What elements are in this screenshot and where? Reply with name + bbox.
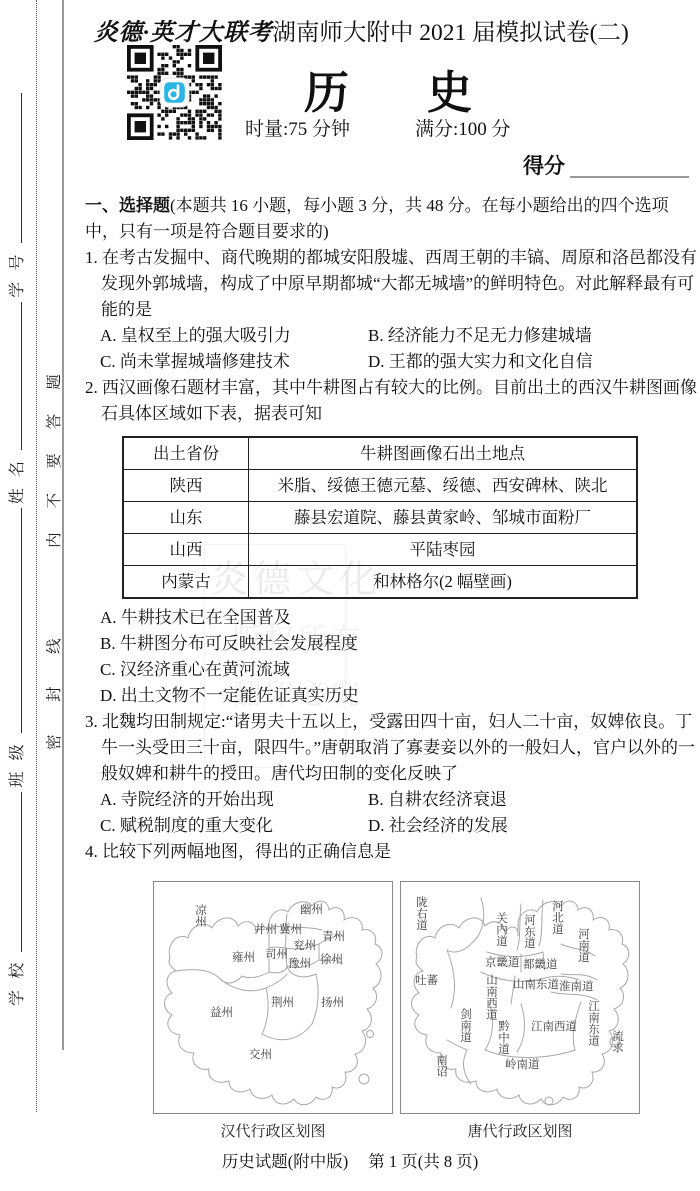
map-region-label: 司州 — [265, 948, 288, 961]
table-row: 山西 平陆枣园 — [123, 534, 637, 566]
question-2-options: A. 牛耕技术已在全国普及 B. 牛耕图分布可反映社会发展程度 C. 汉经济重心… — [85, 605, 697, 709]
map-region-label: 徐州 — [320, 953, 343, 966]
qr-code-icon — [127, 45, 222, 140]
map-region-label: 山南西道 — [485, 974, 498, 1020]
footer-page-number: 第 1 页(共 8 页) — [368, 1152, 478, 1171]
name-blank-line — [7, 302, 22, 450]
map-region-label: 岭南道 — [505, 1057, 540, 1071]
qr-finder-bottom-left — [127, 113, 154, 140]
option-d: D. 出土文物不一定能佐证真实历史 — [100, 683, 697, 709]
section-heading: 一、选择题(本题共 16 小题，每小题 3 分，共 48 分。在每小题给出的四个… — [85, 193, 697, 245]
question-text: 西汉画像石题材丰富，其中牛耕图占有较大的比例。目前出土的西汉牛耕图画像石具体区域… — [101, 378, 697, 423]
comparison-maps: 凉州 幽州 并州 冀州 青州 兖州 司州 雍州 豫州 徐州 益州 荆州 扬州 交… — [153, 881, 697, 1145]
tang-map: 陇右道 关内道 河东道 河北道 河南道 京畿道 都畿道 吐蕃 山南西道 山南东道… — [400, 881, 640, 1145]
map-region-label: 吐蕃 — [415, 973, 438, 987]
table-cell: 和林格尔(2 幅壁画) — [249, 566, 638, 599]
option-a: A. 牛耕技术已在全国普及 — [100, 605, 697, 631]
map-region-label: 益州 — [210, 1006, 233, 1019]
question-number: 2. — [85, 378, 98, 397]
table-row: 陕西 米脂、绥德王德元墓、绥德、西安碑林、陕北 — [123, 470, 637, 502]
seal-dotted-line — [36, 0, 37, 1112]
map-region-label: 雍州 — [232, 950, 255, 964]
map-region-label: 山南东道 — [513, 978, 559, 991]
question-4-stem: 4. 比较下列两幅地图，得出的正确信息是 — [85, 839, 697, 865]
table-header-row: 出土省份 牛耕图画像石出土地点 — [123, 437, 637, 470]
exam-title-line: 炎德·英才大联考湖南师大附中 2021 届模拟试卷(二) — [94, 13, 694, 47]
map-region-label: 凉州 — [194, 904, 207, 927]
map-region-label: 陇右道 — [415, 895, 428, 930]
map-region-label: 河北道 — [551, 900, 564, 935]
table-row: 内蒙古 和林格尔(2 幅壁画) — [123, 566, 637, 599]
question-number: 4. — [85, 842, 98, 861]
option-c: C. 尚未掌握城墙修建技术 — [100, 349, 368, 375]
ox-plough-table: 出土省份 牛耕图画像石出土地点 陕西 米脂、绥德王德元墓、绥德、西安碑林、陕北 … — [122, 436, 638, 599]
name-label: 姓名 — [9, 450, 26, 504]
option-c: C. 赋税制度的重大变化 — [100, 813, 368, 839]
school-blank-line — [7, 792, 22, 952]
map-region-label: 并州 — [254, 922, 277, 936]
question-3-stem: 3. 北魏均田制规定:“诸男夫十五以上，受露田四十亩，妇人二十亩，奴婢依良。丁牛… — [85, 709, 697, 787]
map-region-label: 京畿道 — [485, 955, 520, 969]
question-area: 一、选择题(本题共 16 小题，每小题 3 分，共 48 分。在每小题给出的四个… — [85, 193, 697, 1145]
question-text: 北魏均田制规定:“诸男夫十五以上，受露田四十亩，妇人二十亩，奴婢依良。丁牛一头受… — [101, 712, 695, 783]
table-row: 山东 藤县宏道院、藤县黄家岭、邹城市面粉厂 — [123, 502, 637, 534]
table-cell: 藤县宏道院、藤县黄家岭、邹城市面粉厂 — [249, 502, 638, 534]
tang-map-figure: 陇右道 关内道 河东道 河北道 河南道 京畿道 都畿道 吐蕃 山南西道 山南东道… — [400, 881, 640, 1114]
score-label: 得分 — [523, 150, 565, 180]
seal-instruction: 密封线内不要答题 — [42, 350, 64, 750]
map-region-label: 河南道 — [577, 928, 590, 963]
duration-label: 时量:75 分钟 — [245, 114, 350, 141]
option-d: D. 王都的强大实力和文化自信 — [368, 349, 697, 375]
option-a: A. 寺院经济的开始出现 — [100, 787, 368, 813]
footer-doc-title: 历史试题(附中版) — [222, 1152, 349, 1171]
map-region-label: 南诏 — [435, 1054, 448, 1077]
exam-title-rest: 湖南师大附中 2021 届模拟试卷(二) — [272, 20, 628, 46]
question-1-stem: 1. 在考古发掘中、商代晚期的都城安阳殷墟、西周王朝的丰镐、周原和洛邑都没有发现… — [85, 245, 697, 323]
map-region-label: 豫州 — [288, 956, 311, 970]
question-text: 在考古发掘中、商代晚期的都城安阳殷墟、西周王朝的丰镐、周原和洛邑都没有发现外郭城… — [101, 248, 697, 319]
class-blank-line — [7, 508, 22, 733]
map-region-label: 都畿道 — [523, 957, 558, 971]
student-id-label: 学号 — [9, 243, 26, 297]
exam-series: 炎德·英才大联考 — [94, 20, 272, 46]
map-region-label: 冀州 — [279, 922, 302, 936]
map-region-label: 扬州 — [321, 995, 344, 1009]
table-cell: 山西 — [123, 534, 249, 566]
han-map-figure: 凉州 幽州 并州 冀州 青州 兖州 司州 雍州 豫州 徐州 益州 荆州 扬州 交… — [153, 881, 393, 1114]
table-header-cell: 出土省份 — [123, 437, 249, 470]
student-id-blank-line — [7, 93, 22, 243]
option-d: D. 社会经济的发展 — [368, 813, 697, 839]
question-2-stem: 2. 西汉画像石题材丰富，其中牛耕图占有较大的比例。目前出土的西汉牛耕图画像石具… — [85, 375, 697, 427]
map-region-label: 关内道 — [495, 912, 508, 947]
tang-map-caption: 唐代行政区划图 — [400, 1119, 640, 1145]
map-region-label: 剑南道 — [459, 1007, 472, 1042]
page-footer: 历史试题(附中版)第 1 页(共 8 页) — [0, 1148, 700, 1172]
map-region-label: 江南西道 — [531, 1020, 577, 1033]
table-cell: 山东 — [123, 502, 249, 534]
seal-instruction-part1: 密封线 — [46, 606, 63, 750]
seal-instruction-part2: 内不要答题 — [46, 350, 63, 548]
question-1-options: A. 皇权至上的强大吸引力 B. 经济能力不足无力修建城墙 C. 尚未掌握城墙修… — [85, 323, 697, 375]
qr-finder-top-right — [195, 45, 222, 72]
map-region-label: 青州 — [322, 929, 345, 943]
school-label: 学校 — [9, 952, 26, 1006]
map-region-label: 兖州 — [293, 939, 316, 952]
d-logo-icon — [160, 78, 189, 107]
option-c: C. 汉经济重心在黄河流域 — [100, 657, 697, 683]
question-number: 1. — [85, 248, 98, 267]
question-3-options: A. 寺院经济的开始出现 B. 自耕农经济衰退 C. 赋税制度的重大变化 D. … — [85, 787, 697, 839]
table-header-cell: 牛耕图画像石出土地点 — [249, 437, 638, 470]
section-title: 一、选择题 — [85, 196, 170, 215]
table-cell: 陕西 — [123, 470, 249, 502]
option-b: B. 牛耕图分布可反映社会发展程度 — [100, 631, 697, 657]
map-region-label: 淮南道 — [559, 979, 594, 993]
score-blank-line — [570, 176, 689, 178]
section-note: (本题共 16 小题，每小题 3 分，共 48 分。在每小题给出的四个选项中，只… — [85, 196, 669, 241]
map-region-label: 河东道 — [523, 914, 536, 949]
table-cell: 米脂、绥德王德元墓、绥德、西安碑林、陕北 — [249, 470, 638, 502]
fullscore-label: 满分:100 分 — [415, 114, 511, 141]
han-map-caption: 汉代行政区划图 — [153, 1119, 393, 1145]
question-number: 3. — [85, 712, 98, 731]
class-label: 班级 — [9, 733, 26, 787]
subject-title: 历史 — [304, 56, 550, 121]
map-region-label: 荆州 — [271, 995, 294, 1009]
table-cell: 内蒙古 — [123, 566, 249, 599]
student-info-fields: 学校 班级 姓名 学号 — [4, 93, 27, 1006]
map-region-label: 幽州 — [300, 902, 323, 916]
option-a: A. 皇权至上的强大吸引力 — [100, 323, 368, 349]
map-region-label: 交州 — [249, 1047, 272, 1061]
option-b: B. 经济能力不足无力修建城墙 — [368, 323, 697, 349]
option-b: B. 自耕农经济衰退 — [368, 787, 697, 813]
question-text: 比较下列两幅地图，得出的正确信息是 — [102, 842, 391, 861]
table-cell: 平陆枣园 — [249, 534, 638, 566]
han-map: 凉州 幽州 并州 冀州 青州 兖州 司州 雍州 豫州 徐州 益州 荆州 扬州 交… — [153, 881, 393, 1145]
qr-finder-top-left — [127, 45, 154, 72]
map-region-label: 流求 — [611, 1029, 624, 1053]
exam-page: { "header": { "exam_series": "炎德·英才大联考",… — [0, 0, 700, 1191]
map-region-label: 江南东道 — [587, 1000, 600, 1046]
map-region-label: 黔中道 — [497, 1019, 510, 1054]
